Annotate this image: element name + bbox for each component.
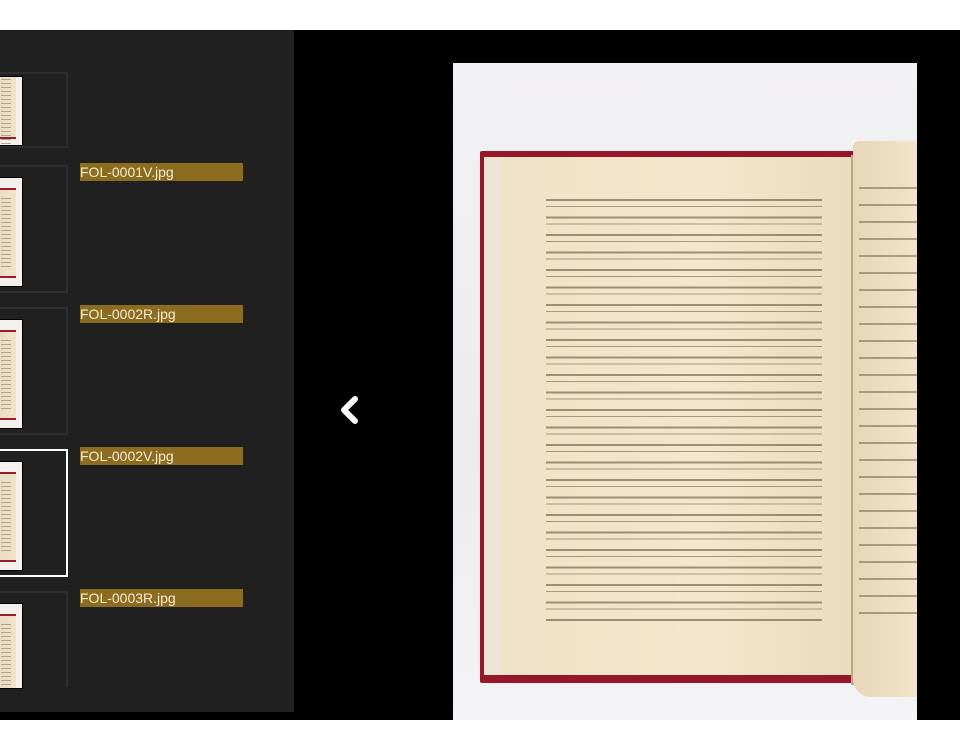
thumbnail-item-selected[interactable]: FOL-0002V.jpg (0, 449, 294, 579)
thumbnail-label[interactable]: FOL-0001V.jpg (80, 163, 243, 181)
chevron-left-icon (337, 395, 361, 425)
thumbnail-label[interactable]: FOL-0003R.jpg (80, 589, 243, 607)
book-left-page (480, 151, 856, 683)
thumbnail-item[interactable]: FOL-0003R.jpg (0, 591, 294, 712)
thumbnail-image[interactable] (0, 319, 23, 429)
handwritten-text (859, 179, 917, 619)
handwritten-text (546, 193, 822, 623)
thumbnail-label[interactable]: FOL-0002V.jpg (80, 447, 243, 465)
thumbnail-label[interactable]: FOL-0002R.jpg (80, 305, 243, 323)
manuscript-image[interactable] (453, 63, 917, 720)
thumbnail-image[interactable] (0, 603, 23, 689)
thumbnail-frame[interactable] (0, 591, 68, 687)
thumbnail-frame[interactable] (0, 165, 68, 293)
thumbnail-image[interactable] (0, 461, 23, 571)
thumbnail-frame-selected[interactable] (0, 449, 68, 577)
book-right-page (853, 141, 917, 697)
thumbnail-item[interactable]: FOL-0002R.jpg (0, 307, 294, 437)
thumbnail-frame[interactable] (0, 72, 68, 148)
thumbnail-item[interactable]: FOL-0001V.jpg (0, 165, 294, 295)
thumbnail-image[interactable] (0, 177, 23, 287)
viewer-stage: FOL-0001V.jpg FOL-0002R.jpg FOL-0002V.jp… (0, 30, 960, 720)
thumbnail-sidebar[interactable]: FOL-0001V.jpg FOL-0002R.jpg FOL-0002V.jp… (0, 30, 294, 712)
previous-page-button[interactable] (335, 392, 363, 428)
thumbnail-image[interactable] (0, 76, 23, 146)
thumbnail-frame[interactable] (0, 307, 68, 435)
